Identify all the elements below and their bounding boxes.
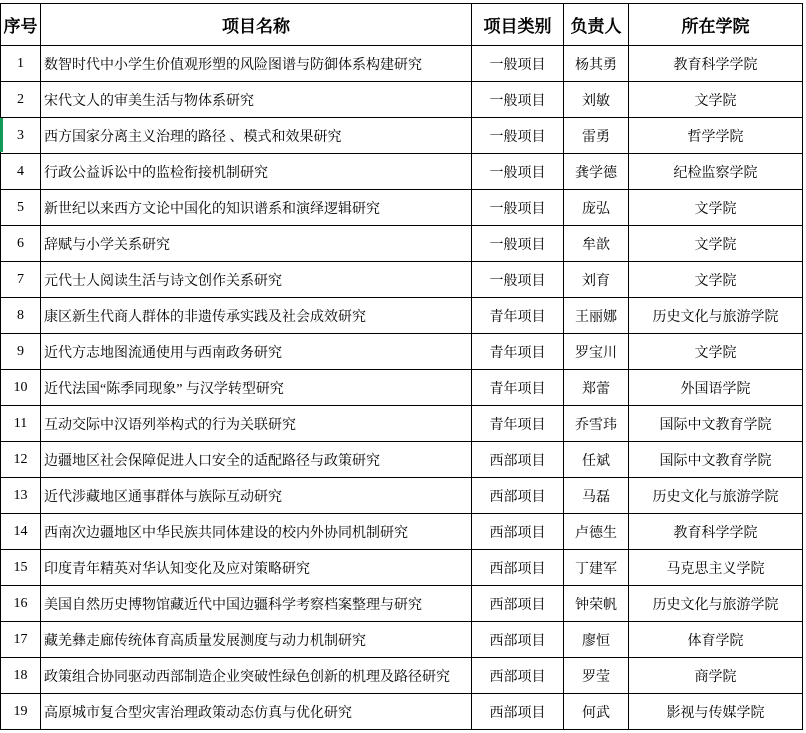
- col-header-leader[interactable]: 负责人: [564, 4, 629, 46]
- header-row: 序号 项目名称 项目类别 负责人 所在学院: [1, 4, 803, 46]
- cell-index[interactable]: 19: [1, 694, 41, 730]
- cell-name[interactable]: 互动交际中汉语列举构式的行为关联研究: [41, 406, 472, 442]
- cell-name[interactable]: 近代法国“陈季同现象” 与汉学转型研究: [41, 370, 472, 406]
- cell-college[interactable]: 外国语学院: [629, 370, 803, 406]
- cell-college[interactable]: 哲学学院: [629, 118, 803, 154]
- cell-leader[interactable]: 刘育: [564, 262, 629, 298]
- cell-category[interactable]: 青年项目: [472, 334, 564, 370]
- cell-leader[interactable]: 卢德生: [564, 514, 629, 550]
- cell-category[interactable]: 一般项目: [472, 226, 564, 262]
- cell-name[interactable]: 元代士人阅读生活与诗文创作关系研究: [41, 262, 472, 298]
- cell-leader[interactable]: 郑蕾: [564, 370, 629, 406]
- cell-leader[interactable]: 马磊: [564, 478, 629, 514]
- cell-college[interactable]: 国际中文教育学院: [629, 442, 803, 478]
- cell-college[interactable]: 教育科学学院: [629, 514, 803, 550]
- cell-category[interactable]: 西部项目: [472, 694, 564, 730]
- cell-leader[interactable]: 雷勇: [564, 118, 629, 154]
- cell-college[interactable]: 历史文化与旅游学院: [629, 478, 803, 514]
- table-row: 7元代士人阅读生活与诗文创作关系研究一般项目刘育文学院: [1, 262, 803, 298]
- cell-name[interactable]: 近代方志地图流通使用与西南政务研究: [41, 334, 472, 370]
- cell-college[interactable]: 体育学院: [629, 622, 803, 658]
- table-row: 2宋代文人的审美生活与物体系研究一般项目刘敏文学院: [1, 82, 803, 118]
- col-header-index[interactable]: 序号: [1, 4, 41, 46]
- table-row: 10近代法国“陈季同现象” 与汉学转型研究青年项目郑蕾外国语学院: [1, 370, 803, 406]
- table-row: 18政策组合协同驱动西部制造企业突破性绿色创新的机理及路径研究西部项目罗莹商学院: [1, 658, 803, 694]
- table-row: 5新世纪以来西方文论中国化的知识谱系和演绎逻辑研究一般项目庞弘文学院: [1, 190, 803, 226]
- cell-college[interactable]: 文学院: [629, 190, 803, 226]
- cell-index[interactable]: 16: [1, 586, 41, 622]
- table-row: 4行政公益诉讼中的监检衔接机制研究一般项目龚学德纪检监察学院: [1, 154, 803, 190]
- cell-name[interactable]: 近代涉藏地区通事群体与族际互动研究: [41, 478, 472, 514]
- cell-leader[interactable]: 罗莹: [564, 658, 629, 694]
- cell-name[interactable]: 数智时代中小学生价值观形塑的风险图谱与防御体系构建研究: [41, 46, 472, 82]
- cell-name[interactable]: 新世纪以来西方文论中国化的知识谱系和演绎逻辑研究: [41, 190, 472, 226]
- cell-leader[interactable]: 钟荣帆: [564, 586, 629, 622]
- cell-name[interactable]: 边疆地区社会保障促进人口安全的适配路径与政策研究: [41, 442, 472, 478]
- cell-index[interactable]: 9: [1, 334, 41, 370]
- cell-name[interactable]: 印度青年精英对华认知变化及应对策略研究: [41, 550, 472, 586]
- table-row: 15印度青年精英对华认知变化及应对策略研究西部项目丁建军马克思主义学院: [1, 550, 803, 586]
- cell-index[interactable]: 4: [1, 154, 41, 190]
- spreadsheet-area: 序号 项目名称 项目类别 负责人 所在学院 1数智时代中小学生价值观形塑的风险图…: [0, 0, 806, 733]
- cell-category[interactable]: 一般项目: [472, 82, 564, 118]
- cell-category[interactable]: 青年项目: [472, 370, 564, 406]
- table-row: 14西南次边疆地区中华民族共同体建设的校内外协同机制研究西部项目卢德生教育科学学…: [1, 514, 803, 550]
- cell-index[interactable]: 11: [1, 406, 41, 442]
- cell-category[interactable]: 西部项目: [472, 550, 564, 586]
- cell-index[interactable]: 6: [1, 226, 41, 262]
- cell-college[interactable]: 教育科学学院: [629, 46, 803, 82]
- cell-college[interactable]: 文学院: [629, 226, 803, 262]
- cell-index[interactable]: 1: [1, 46, 41, 82]
- cell-category[interactable]: 一般项目: [472, 190, 564, 226]
- cell-leader[interactable]: 庞弘: [564, 190, 629, 226]
- cell-category[interactable]: 一般项目: [472, 262, 564, 298]
- cell-college[interactable]: 历史文化与旅游学院: [629, 298, 803, 334]
- cell-name[interactable]: 宋代文人的审美生活与物体系研究: [41, 82, 472, 118]
- table-row: 6辞赋与小学关系研究一般项目牟歆文学院: [1, 226, 803, 262]
- cell-index[interactable]: 5: [1, 190, 41, 226]
- col-header-name[interactable]: 项目名称: [41, 4, 472, 46]
- cell-category[interactable]: 西部项目: [472, 658, 564, 694]
- cell-index[interactable]: 15: [1, 550, 41, 586]
- cell-leader[interactable]: 丁建军: [564, 550, 629, 586]
- cell-index[interactable]: 18: [1, 658, 41, 694]
- cell-leader[interactable]: 王丽娜: [564, 298, 629, 334]
- cell-name[interactable]: 高原城市复合型灾害治理政策动态仿真与优化研究: [41, 694, 472, 730]
- cell-index[interactable]: 3: [1, 118, 41, 154]
- cell-leader[interactable]: 乔雪玮: [564, 406, 629, 442]
- cell-category[interactable]: 青年项目: [472, 298, 564, 334]
- cell-college[interactable]: 影视与传媒学院: [629, 694, 803, 730]
- cell-college[interactable]: 历史文化与旅游学院: [629, 586, 803, 622]
- cell-leader[interactable]: 何武: [564, 694, 629, 730]
- table-row: 19高原城市复合型灾害治理政策动态仿真与优化研究西部项目何武影视与传媒学院: [1, 694, 803, 730]
- cell-name[interactable]: 行政公益诉讼中的监检衔接机制研究: [41, 154, 472, 190]
- cell-name[interactable]: 美国自然历史博物馆藏近代中国边疆科学考察档案整理与研究: [41, 586, 472, 622]
- cell-name[interactable]: 政策组合协同驱动西部制造企业突破性绿色创新的机理及路径研究: [41, 658, 472, 694]
- col-header-college[interactable]: 所在学院: [629, 4, 803, 46]
- cell-category[interactable]: 西部项目: [472, 622, 564, 658]
- cell-category[interactable]: 青年项目: [472, 406, 564, 442]
- cell-leader[interactable]: 廖恒: [564, 622, 629, 658]
- cell-index[interactable]: 2: [1, 82, 41, 118]
- table-row: 13近代涉藏地区通事群体与族际互动研究西部项目马磊历史文化与旅游学院: [1, 478, 803, 514]
- table-row: 16美国自然历史博物馆藏近代中国边疆科学考察档案整理与研究西部项目钟荣帆历史文化…: [1, 586, 803, 622]
- cell-college[interactable]: 国际中文教育学院: [629, 406, 803, 442]
- cell-leader[interactable]: 龚学德: [564, 154, 629, 190]
- table-row: 9近代方志地图流通使用与西南政务研究青年项目罗宝川文学院: [1, 334, 803, 370]
- cell-index[interactable]: 7: [1, 262, 41, 298]
- cell-category[interactable]: 一般项目: [472, 46, 564, 82]
- cell-category[interactable]: 西部项目: [472, 586, 564, 622]
- cell-name[interactable]: 辞赋与小学关系研究: [41, 226, 472, 262]
- projects-table: 序号 项目名称 项目类别 负责人 所在学院 1数智时代中小学生价值观形塑的风险图…: [0, 3, 803, 730]
- cell-name[interactable]: 藏羌彝走廊传统体育高质量发展测度与动力机制研究: [41, 622, 472, 658]
- cell-leader[interactable]: 牟歆: [564, 226, 629, 262]
- cell-college[interactable]: 文学院: [629, 82, 803, 118]
- cell-college[interactable]: 文学院: [629, 334, 803, 370]
- cell-index[interactable]: 8: [1, 298, 41, 334]
- cell-college[interactable]: 文学院: [629, 262, 803, 298]
- cell-category[interactable]: 一般项目: [472, 154, 564, 190]
- table-row: 11互动交际中汉语列举构式的行为关联研究青年项目乔雪玮国际中文教育学院: [1, 406, 803, 442]
- cell-index[interactable]: 13: [1, 478, 41, 514]
- cell-category[interactable]: 西部项目: [472, 478, 564, 514]
- table-row: 3西方国家分离主义治理的路径 、模式和效果研究一般项目雷勇哲学学院: [1, 118, 803, 154]
- cell-name[interactable]: 西方国家分离主义治理的路径 、模式和效果研究: [41, 118, 472, 154]
- cell-leader[interactable]: 任斌: [564, 442, 629, 478]
- cell-category[interactable]: 西部项目: [472, 514, 564, 550]
- cell-name[interactable]: 西南次边疆地区中华民族共同体建设的校内外协同机制研究: [41, 514, 472, 550]
- cell-category[interactable]: 西部项目: [472, 442, 564, 478]
- table-row: 1数智时代中小学生价值观形塑的风险图谱与防御体系构建研究一般项目杨其勇教育科学学…: [1, 46, 803, 82]
- table-row: 8康区新生代商人群体的非遗传承实践及社会成效研究青年项目王丽娜历史文化与旅游学院: [1, 298, 803, 334]
- cell-leader[interactable]: 杨其勇: [564, 46, 629, 82]
- cell-index[interactable]: 17: [1, 622, 41, 658]
- cell-index[interactable]: 14: [1, 514, 41, 550]
- cell-college[interactable]: 商学院: [629, 658, 803, 694]
- cell-leader[interactable]: 罗宝川: [564, 334, 629, 370]
- table-row: 17藏羌彝走廊传统体育高质量发展测度与动力机制研究西部项目廖恒体育学院: [1, 622, 803, 658]
- cell-college[interactable]: 纪检监察学院: [629, 154, 803, 190]
- cell-index[interactable]: 10: [1, 370, 41, 406]
- cell-name[interactable]: 康区新生代商人群体的非遗传承实践及社会成效研究: [41, 298, 472, 334]
- table-row: 12边疆地区社会保障促进人口安全的适配路径与政策研究西部项目任斌国际中文教育学院: [1, 442, 803, 478]
- cell-college[interactable]: 马克思主义学院: [629, 550, 803, 586]
- cell-index[interactable]: 12: [1, 442, 41, 478]
- cell-leader[interactable]: 刘敏: [564, 82, 629, 118]
- col-header-category[interactable]: 项目类别: [472, 4, 564, 46]
- cell-category[interactable]: 一般项目: [472, 118, 564, 154]
